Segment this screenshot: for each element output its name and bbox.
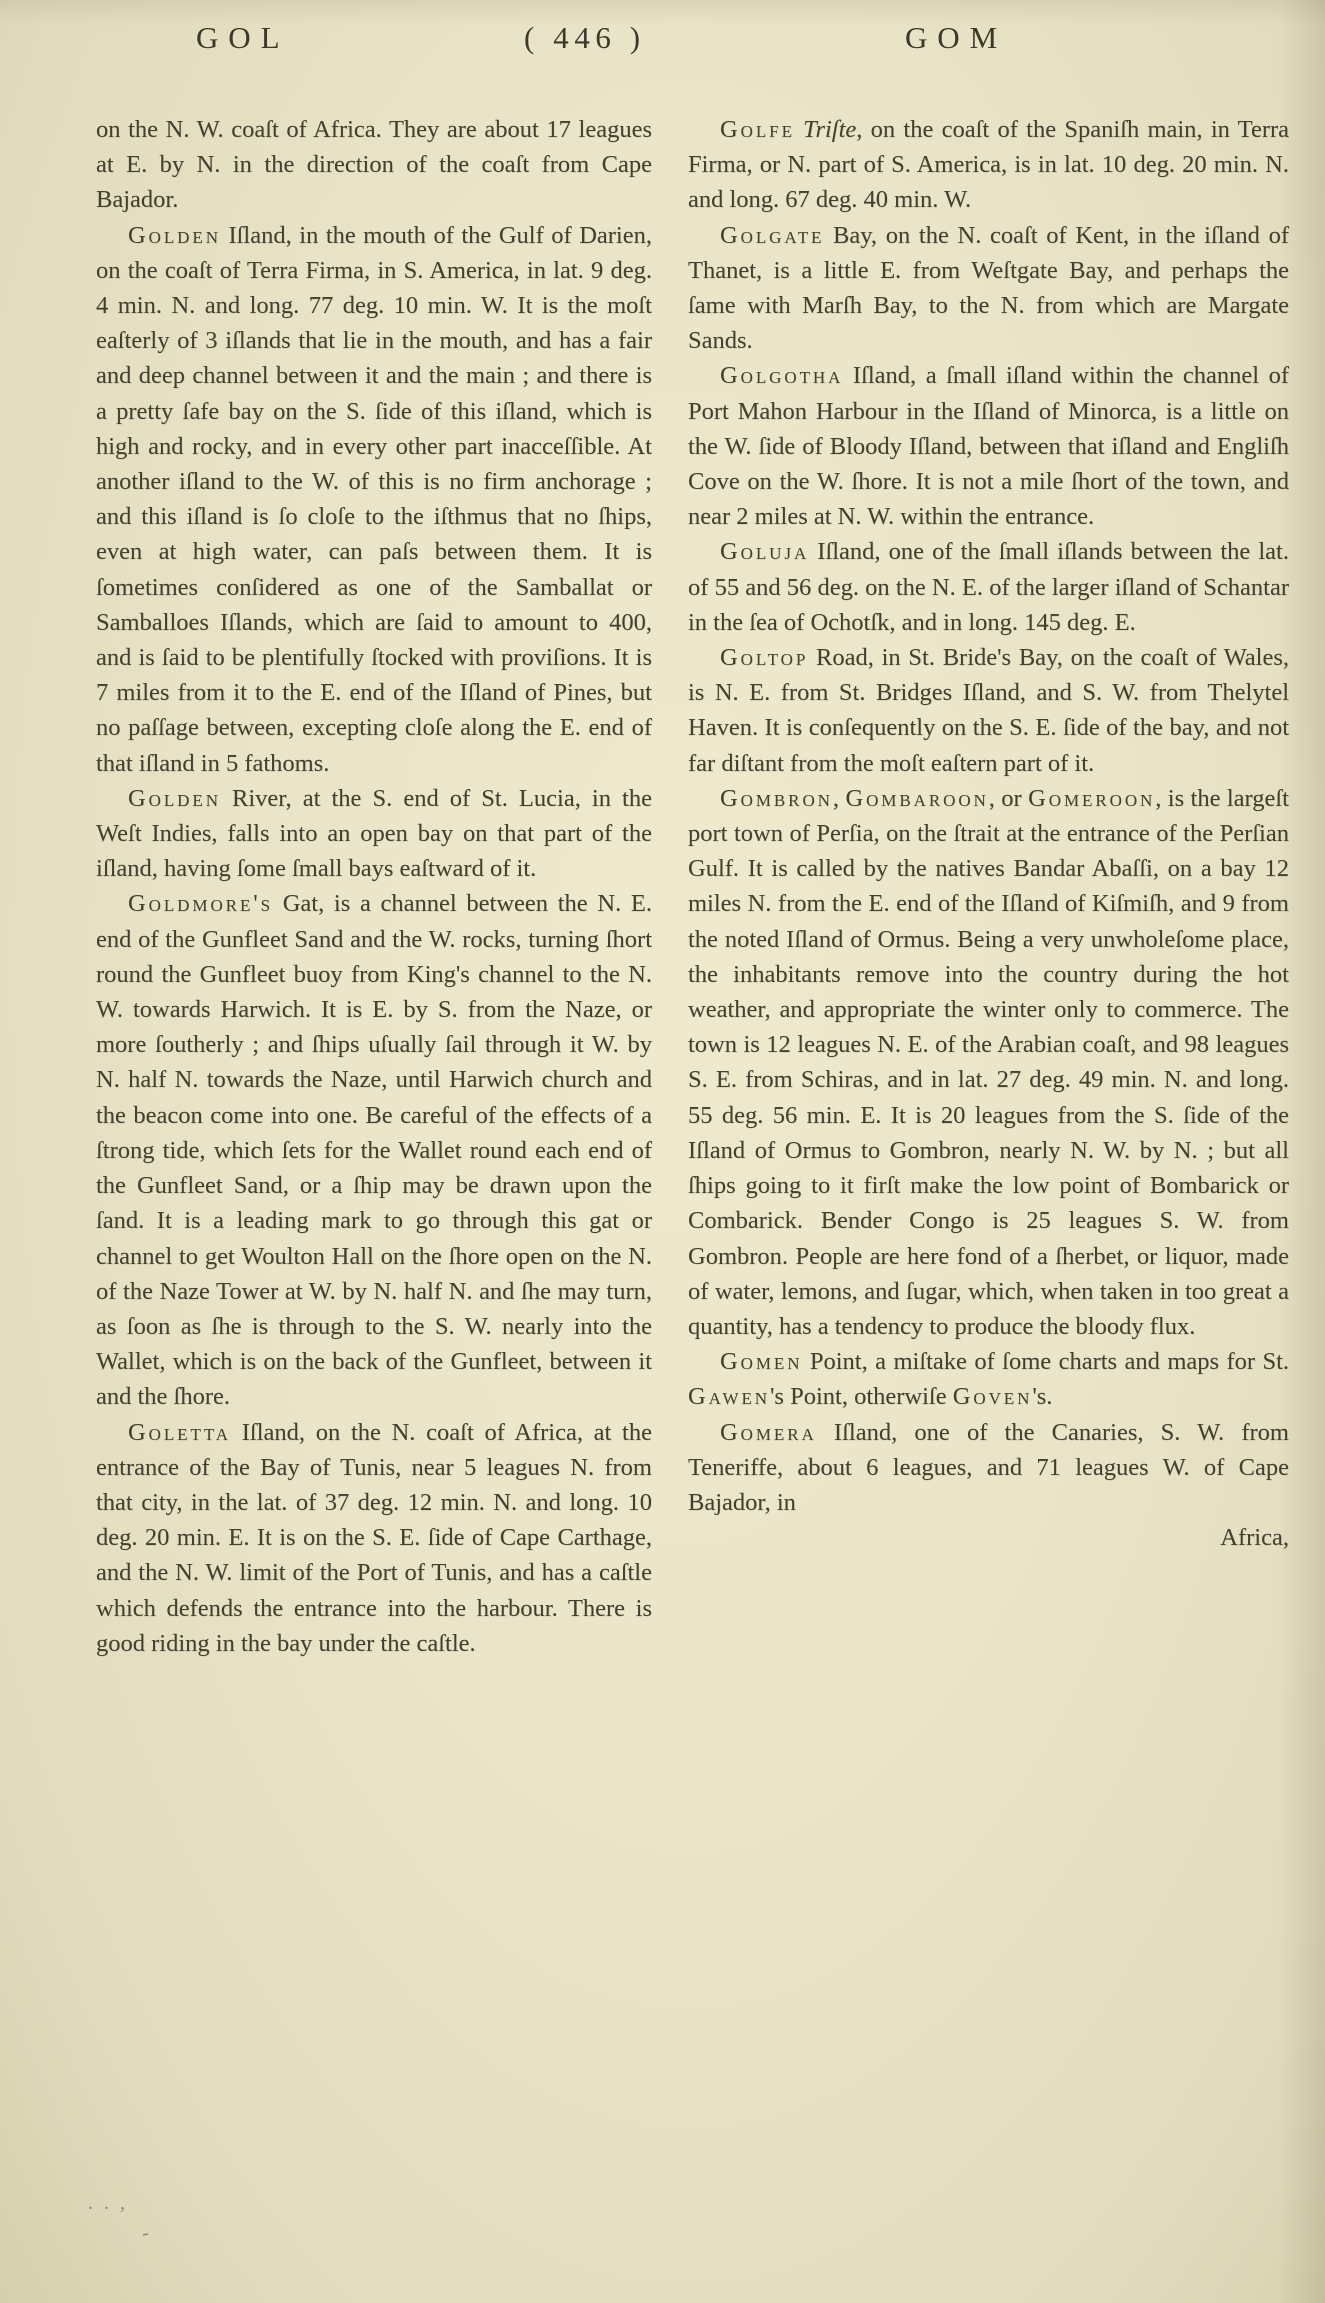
entry-headword: Goven (953, 1383, 1033, 1410)
entry-text (795, 116, 803, 143)
entry-headword: Gombron (720, 785, 833, 812)
entry-text: , or (989, 785, 1028, 812)
entry-headword: Golden (128, 222, 221, 249)
entry-paragraph: Goltop Road, in St. Bride's Bay, on the … (688, 640, 1289, 781)
entry-text: 's. (1032, 1383, 1052, 1410)
entry-paragraph: Goldmore's Gat, is a channel between the… (96, 886, 652, 1414)
entry-headword: Goltop (720, 644, 808, 671)
entry-text: Triſte (803, 116, 856, 143)
header-left-word: GOL (196, 20, 289, 56)
entry-headword: Golgate (720, 222, 824, 249)
entry-headword: Gomera (720, 1419, 817, 1446)
entry-headword: Golden (128, 785, 221, 812)
entry-headword: Goldmore's (128, 890, 273, 917)
ink-speck: - (140, 2221, 153, 2245)
ink-speck: . . , (88, 2192, 128, 2215)
running-header: GOL ( 446 ) GOM (0, 20, 1325, 70)
page-number: ( 446 ) (524, 20, 646, 56)
entry-headword: Golgotha (720, 362, 843, 389)
book-page: GOL ( 446 ) GOM on the N. W. coaſt of Af… (0, 0, 1325, 2303)
header-right-word: GOM (905, 20, 1007, 56)
entry-headword: Golfe (720, 116, 795, 143)
entry-paragraph: Golden River, at the S. end of St. Lucia… (96, 781, 652, 887)
entry-headword: Goluja (720, 538, 809, 565)
entry-text: , (833, 785, 846, 812)
text-column-right: Golfe Triſte, on the coaſt of the Spaniſ… (688, 112, 1289, 1555)
entry-headword: Goletta (128, 1419, 231, 1446)
entry-text: on the N. W. coaſt of Africa. They are a… (96, 116, 652, 213)
catchword: Africa, (688, 1520, 1289, 1555)
entry-paragraph: on the N. W. coaſt of Africa. They are a… (96, 112, 652, 218)
entry-headword: Gombaroon (845, 785, 988, 812)
entry-text: , is the largeſt port town of Perſia, on… (688, 785, 1289, 1340)
entry-paragraph: Goletta Iſland, on the N. coaſt of Afric… (96, 1415, 652, 1661)
entry-text: Gat, is a channel between the N. E. end … (96, 890, 652, 1410)
entry-text: Iſland, in the mouth of the Gulf of Dari… (96, 222, 652, 777)
text-column-left: on the N. W. coaſt of Africa. They are a… (96, 112, 652, 1661)
entry-paragraph: Gomen Point, a miſtake of ſome charts an… (688, 1344, 1289, 1414)
entry-text: Point, a miſtake of ſome charts and maps… (802, 1348, 1289, 1375)
entry-paragraph: Golgotha Iſland, a ſmall iſland within t… (688, 358, 1289, 534)
entry-headword: Gomen (720, 1348, 802, 1375)
entry-paragraph: Gomera Iſland, one of the Canaries, S. W… (688, 1415, 1289, 1521)
entry-paragraph: Goluja Iſland, one of the ſmall iſlands … (688, 534, 1289, 640)
entry-paragraph: Golden Iſland, in the mouth of the Gulf … (96, 218, 652, 781)
entry-headword: Gawen (688, 1383, 770, 1410)
entry-headword: Gomeroon (1028, 785, 1155, 812)
entry-text: Iſland, on the N. coaſt of Africa, at th… (96, 1419, 652, 1657)
entry-text: Africa, (1220, 1524, 1289, 1551)
entry-paragraph: Gombron, Gombaroon, or Gomeroon, is the … (688, 781, 1289, 1344)
entry-text: 's Point, otherwiſe (770, 1383, 953, 1410)
entry-paragraph: Golfe Triſte, on the coaſt of the Spaniſ… (688, 112, 1289, 218)
entry-paragraph: Golgate Bay, on the N. coaſt of Kent, in… (688, 218, 1289, 359)
